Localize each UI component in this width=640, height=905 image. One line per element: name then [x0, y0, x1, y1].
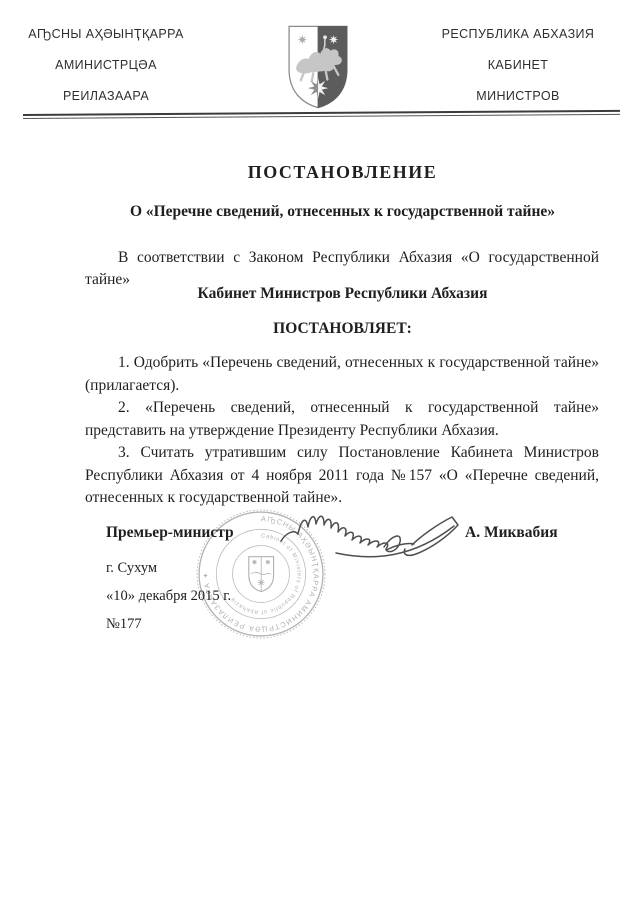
resolution-item-1: 1. Одобрить «Перечень сведений, отнесенн…: [85, 352, 599, 397]
abkhazia-coat-of-arms: [286, 24, 350, 110]
document-page: АҦСНЫ АҲӘЫНҬҚАРРА АМИНИСТРЦӘА РЕИЛАЗААРА…: [0, 0, 640, 905]
issuing-authority: Кабинет Министров Республики Абхазия: [85, 283, 600, 306]
handwritten-signature: [278, 505, 468, 565]
document-number: №177: [106, 616, 142, 633]
signer-name: А. Миквабия: [465, 524, 558, 542]
signer-position: Премьер-министр: [106, 524, 234, 542]
signature-date: «10» декабря 2015 г.: [106, 588, 231, 605]
stamp-center-shield: [249, 557, 274, 592]
org-right-line3: МИНИСТРОВ: [420, 81, 616, 112]
signature-place: г. Сухум: [106, 560, 157, 577]
org-right-line1: РЕСПУБЛИКА АБХАЗИЯ: [420, 19, 616, 50]
org-left-line1: АҦСНЫ АҲӘЫНҬҚАРРА: [16, 19, 196, 50]
letterhead-right: РЕСПУБЛИКА АБХАЗИЯ КАБИНЕТ МИНИСТРОВ: [420, 19, 616, 112]
document-title: ПОСТАНОВЛЕНИЕ: [85, 160, 600, 184]
resolves-heading: ПОСТАНОВЛЯЕТ:: [85, 318, 600, 341]
resolution-items: 1. Одобрить «Перечень сведений, отнесенн…: [85, 352, 599, 510]
org-left-line3: РЕИЛАЗААРА: [16, 81, 196, 112]
letterhead-left: АҦСНЫ АҲӘЫНҬҚАРРА АМИНИСТРЦӘА РЕИЛАЗААРА: [16, 19, 196, 112]
org-left-line2: АМИНИСТРЦӘА: [16, 50, 196, 81]
document-subject: О «Перечне сведений, отнесенных к госуда…: [85, 201, 600, 223]
resolution-item-2: 2. «Перечень сведений, отнесенный к госу…: [85, 397, 599, 442]
org-right-line2: КАБИНЕТ: [420, 50, 616, 81]
resolution-item-3: 3. Считать утратившим силу Постановление…: [85, 442, 599, 510]
